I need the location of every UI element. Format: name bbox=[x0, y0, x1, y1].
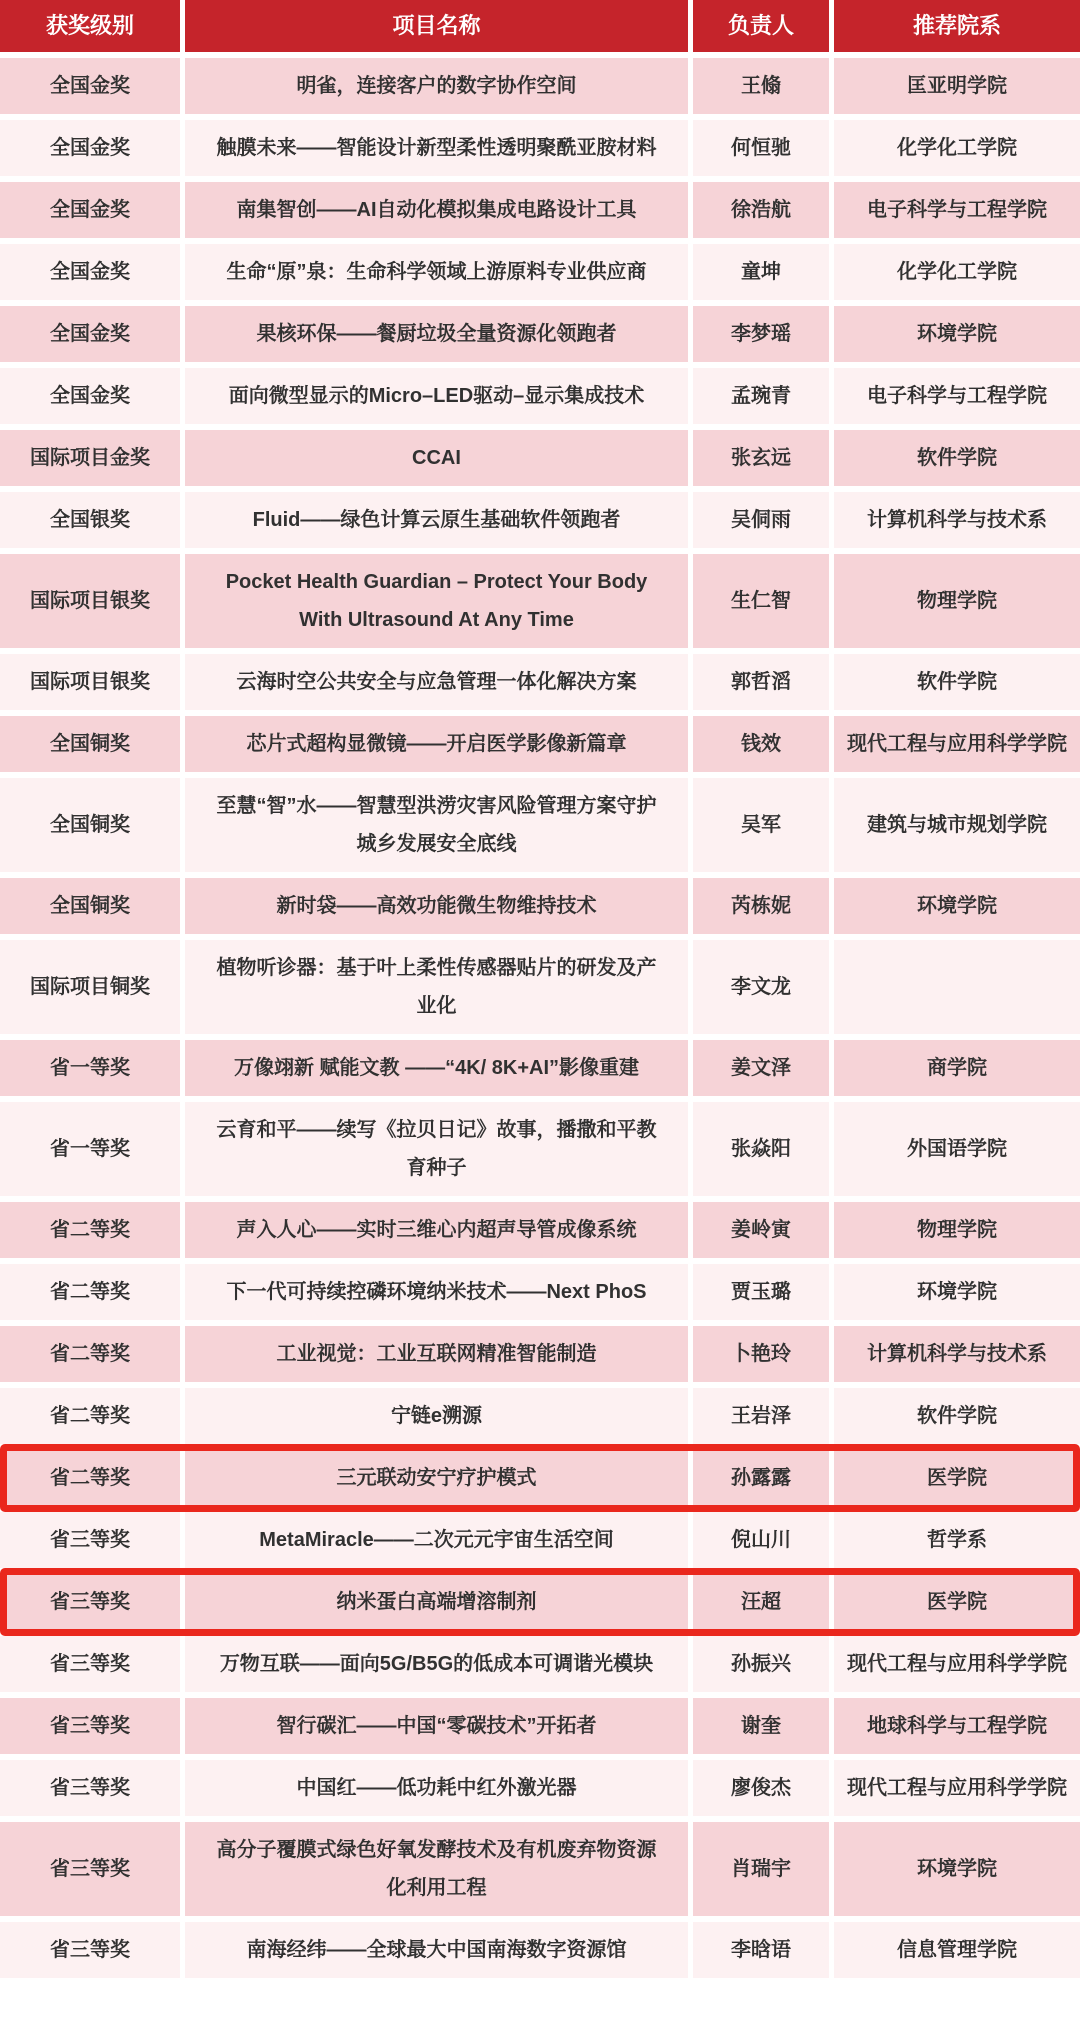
department-cell: 医学院 bbox=[834, 1574, 1080, 1630]
leader-cell: 倪山川 bbox=[693, 1512, 829, 1568]
award-level-cell: 省三等奖 bbox=[0, 1760, 180, 1816]
project-name-cell: 至慧“智”水——智慧型洪涝灾害风险管理方案守护城乡发展安全底线 bbox=[185, 778, 688, 872]
table-row: 省三等奖 中国红——低功耗中红外激光器 廖俊杰 现代工程与应用科学学院 bbox=[0, 1760, 1080, 1816]
project-name-cell: 触膜未来——智能设计新型柔性透明聚酰亚胺材料 bbox=[185, 120, 688, 176]
awards-table: 获奖级别 项目名称 负责人 推荐院系 全国金奖 明雀，连接客户的数字协作空间 王… bbox=[0, 0, 1080, 1992]
table-row: 省二等奖 宁链e溯源 王岩泽 软件学院 bbox=[0, 1388, 1080, 1444]
leader-cell: 王岩泽 bbox=[693, 1388, 829, 1444]
table-row: 全国铜奖 芯片式超构显微镜——开启医学影像新篇章 钱效 现代工程与应用科学学院 bbox=[0, 716, 1080, 772]
table-row: 全国铜奖 新时袋——高效功能微生物维持技术 芮栋妮 环境学院 bbox=[0, 878, 1080, 934]
table-row: 国际项目银奖 云海时空公共安全与应急管理一体化解决方案 郭哲滔 软件学院 bbox=[0, 654, 1080, 710]
project-name-cell: 声入人心——实时三维心内超声导管成像系统 bbox=[185, 1202, 688, 1258]
project-name-cell: Pocket Health Guardian – Protect Your Bo… bbox=[185, 554, 688, 648]
department-cell: 环境学院 bbox=[834, 878, 1080, 934]
award-level-cell: 全国银奖 bbox=[0, 492, 180, 548]
award-level-cell: 国际项目银奖 bbox=[0, 654, 180, 710]
leader-cell: 李文龙 bbox=[693, 940, 829, 1034]
table-body: 全国金奖 明雀，连接客户的数字协作空间 王翛 匡亚明学院 全国金奖 触膜未来——… bbox=[0, 58, 1080, 1978]
project-name-cell: 三元联动安宁疗护模式 bbox=[185, 1450, 688, 1506]
leader-cell: 孟琬青 bbox=[693, 368, 829, 424]
column-header-leader: 负责人 bbox=[693, 0, 829, 52]
department-cell: 现代工程与应用科学学院 bbox=[834, 716, 1080, 772]
table-row: 全国铜奖 至慧“智”水——智慧型洪涝灾害风险管理方案守护城乡发展安全底线 吴军 … bbox=[0, 778, 1080, 872]
leader-cell: 芮栋妮 bbox=[693, 878, 829, 934]
leader-cell: 贾玉璐 bbox=[693, 1264, 829, 1320]
department-cell: 现代工程与应用科学学院 bbox=[834, 1636, 1080, 1692]
project-name-cell: CCAI bbox=[185, 430, 688, 486]
department-cell: 医学院 bbox=[834, 1450, 1080, 1506]
award-level-cell: 全国金奖 bbox=[0, 368, 180, 424]
leader-cell: 李晗语 bbox=[693, 1922, 829, 1978]
award-level-cell: 省二等奖 bbox=[0, 1388, 180, 1444]
leader-cell: 廖俊杰 bbox=[693, 1760, 829, 1816]
award-level-cell: 省三等奖 bbox=[0, 1822, 180, 1916]
department-cell: 化学化工学院 bbox=[834, 120, 1080, 176]
project-name-cell: 南集智创——AI自动化模拟集成电路设计工具 bbox=[185, 182, 688, 238]
award-level-cell: 全国金奖 bbox=[0, 58, 180, 114]
department-cell: 物理学院 bbox=[834, 1202, 1080, 1258]
leader-cell: 生仁智 bbox=[693, 554, 829, 648]
department-cell: 环境学院 bbox=[834, 1264, 1080, 1320]
leader-cell: 钱效 bbox=[693, 716, 829, 772]
project-name-cell: 果核环保——餐厨垃圾全量资源化领跑者 bbox=[185, 306, 688, 362]
project-name-cell: 生命“原”泉：生命科学领域上游原料专业供应商 bbox=[185, 244, 688, 300]
leader-cell: 郭哲滔 bbox=[693, 654, 829, 710]
project-name-cell: 高分子覆膜式绿色好氧发酵技术及有机废弃物资源化利用工程 bbox=[185, 1822, 688, 1916]
table-row: 全国金奖 面向微型显示的Micro–LED驱动–显示集成技术 孟琬青 电子科学与… bbox=[0, 368, 1080, 424]
table-row: 省二等奖 下一代可持续控磷环境纳米技术——Next PhoS 贾玉璐 环境学院 bbox=[0, 1264, 1080, 1320]
project-name-cell: 万物互联——面向5G/B5G的低成本可调谐光模块 bbox=[185, 1636, 688, 1692]
department-cell: 电子科学与工程学院 bbox=[834, 368, 1080, 424]
table-row: 省一等奖 云育和平——续写《拉贝日记》故事，播撒和平教育种子 张焱阳 外国语学院 bbox=[0, 1102, 1080, 1196]
leader-cell: 童坤 bbox=[693, 244, 829, 300]
department-cell: 信息管理学院 bbox=[834, 1922, 1080, 1978]
leader-cell: 何恒驰 bbox=[693, 120, 829, 176]
project-name-cell: 纳米蛋白高端增溶制剂 bbox=[185, 1574, 688, 1630]
project-name-cell: 工业视觉：工业互联网精准智能制造 bbox=[185, 1326, 688, 1382]
leader-cell: 孙露露 bbox=[693, 1450, 829, 1506]
column-header-project-name: 项目名称 bbox=[185, 0, 688, 52]
award-level-cell: 省三等奖 bbox=[0, 1574, 180, 1630]
award-level-cell: 国际项目金奖 bbox=[0, 430, 180, 486]
leader-cell: 徐浩航 bbox=[693, 182, 829, 238]
leader-cell: 吴军 bbox=[693, 778, 829, 872]
department-cell: 建筑与城市规划学院 bbox=[834, 778, 1080, 872]
table-row: 国际项目金奖 CCAI 张玄远 软件学院 bbox=[0, 430, 1080, 486]
department-cell: 现代工程与应用科学学院 bbox=[834, 1760, 1080, 1816]
award-level-cell: 全国铜奖 bbox=[0, 778, 180, 872]
department-cell: 计算机科学与技术系 bbox=[834, 1326, 1080, 1382]
award-level-cell: 全国铜奖 bbox=[0, 878, 180, 934]
table-row: 全国金奖 南集智创——AI自动化模拟集成电路设计工具 徐浩航 电子科学与工程学院 bbox=[0, 182, 1080, 238]
project-name-cell: 云海时空公共安全与应急管理一体化解决方案 bbox=[185, 654, 688, 710]
department-cell: 商学院 bbox=[834, 1040, 1080, 1096]
table-row: 省三等奖 南海经纬——全球最大中国南海数字资源馆 李晗语 信息管理学院 bbox=[0, 1922, 1080, 1978]
leader-cell: 吴侗雨 bbox=[693, 492, 829, 548]
department-cell bbox=[834, 940, 1080, 1034]
award-level-cell: 省三等奖 bbox=[0, 1512, 180, 1568]
department-cell: 环境学院 bbox=[834, 1822, 1080, 1916]
project-name-cell: MetaMiracle——二次元元宇宙生活空间 bbox=[185, 1512, 688, 1568]
project-name-cell: 南海经纬——全球最大中国南海数字资源馆 bbox=[185, 1922, 688, 1978]
table-row: 全国金奖 触膜未来——智能设计新型柔性透明聚酰亚胺材料 何恒驰 化学化工学院 bbox=[0, 120, 1080, 176]
leader-cell: 姜岭寅 bbox=[693, 1202, 829, 1258]
project-name-cell: 植物听诊器：基于叶上柔性传感器贴片的研发及产业化 bbox=[185, 940, 688, 1034]
department-cell: 外国语学院 bbox=[834, 1102, 1080, 1196]
table-row: 省二等奖 三元联动安宁疗护模式 孙露露 医学院 bbox=[0, 1450, 1080, 1506]
award-level-cell: 全国金奖 bbox=[0, 244, 180, 300]
department-cell: 物理学院 bbox=[834, 554, 1080, 648]
table-row: 国际项目银奖 Pocket Health Guardian – Protect … bbox=[0, 554, 1080, 648]
leader-cell: 肖瑞宇 bbox=[693, 1822, 829, 1916]
department-cell: 化学化工学院 bbox=[834, 244, 1080, 300]
table-row: 省一等奖 万像翊新 赋能文教 ——“4K/ 8K+AI”影像重建 姜文泽 商学院 bbox=[0, 1040, 1080, 1096]
table-row: 全国金奖 果核环保——餐厨垃圾全量资源化领跑者 李梦瑶 环境学院 bbox=[0, 306, 1080, 362]
table-row: 省二等奖 工业视觉：工业互联网精准智能制造 卜艳玲 计算机科学与技术系 bbox=[0, 1326, 1080, 1382]
column-header-award-level: 获奖级别 bbox=[0, 0, 180, 52]
table-row: 省三等奖 智行碳汇——中国“零碳技术”开拓者 谢奎 地球科学与工程学院 bbox=[0, 1698, 1080, 1754]
award-level-cell: 省二等奖 bbox=[0, 1450, 180, 1506]
department-cell: 软件学院 bbox=[834, 430, 1080, 486]
award-level-cell: 省二等奖 bbox=[0, 1326, 180, 1382]
leader-cell: 汪超 bbox=[693, 1574, 829, 1630]
leader-cell: 谢奎 bbox=[693, 1698, 829, 1754]
project-name-cell: 下一代可持续控磷环境纳米技术——Next PhoS bbox=[185, 1264, 688, 1320]
leader-cell: 姜文泽 bbox=[693, 1040, 829, 1096]
award-level-cell: 省三等奖 bbox=[0, 1636, 180, 1692]
table-row: 省三等奖 高分子覆膜式绿色好氧发酵技术及有机废弃物资源化利用工程 肖瑞宇 环境学… bbox=[0, 1822, 1080, 1916]
table-header-row: 获奖级别 项目名称 负责人 推荐院系 bbox=[0, 0, 1080, 52]
table-row: 全国金奖 生命“原”泉：生命科学领域上游原料专业供应商 童坤 化学化工学院 bbox=[0, 244, 1080, 300]
department-cell: 环境学院 bbox=[834, 306, 1080, 362]
project-name-cell: Fluid——绿色计算云原生基础软件领跑者 bbox=[185, 492, 688, 548]
department-cell: 匡亚明学院 bbox=[834, 58, 1080, 114]
column-header-department: 推荐院系 bbox=[834, 0, 1080, 52]
table-row: 省三等奖 万物互联——面向5G/B5G的低成本可调谐光模块 孙振兴 现代工程与应… bbox=[0, 1636, 1080, 1692]
leader-cell: 李梦瑶 bbox=[693, 306, 829, 362]
project-name-cell: 中国红——低功耗中红外激光器 bbox=[185, 1760, 688, 1816]
project-name-cell: 万像翊新 赋能文教 ——“4K/ 8K+AI”影像重建 bbox=[185, 1040, 688, 1096]
leader-cell: 卜艳玲 bbox=[693, 1326, 829, 1382]
table-row: 国际项目铜奖 植物听诊器：基于叶上柔性传感器贴片的研发及产业化 李文龙 bbox=[0, 940, 1080, 1034]
award-level-cell: 全国铜奖 bbox=[0, 716, 180, 772]
table-row: 全国金奖 明雀，连接客户的数字协作空间 王翛 匡亚明学院 bbox=[0, 58, 1080, 114]
award-level-cell: 省一等奖 bbox=[0, 1102, 180, 1196]
award-level-cell: 省二等奖 bbox=[0, 1202, 180, 1258]
award-level-cell: 全国金奖 bbox=[0, 306, 180, 362]
project-name-cell: 智行碳汇——中国“零碳技术”开拓者 bbox=[185, 1698, 688, 1754]
award-level-cell: 省二等奖 bbox=[0, 1264, 180, 1320]
project-name-cell: 明雀，连接客户的数字协作空间 bbox=[185, 58, 688, 114]
award-level-cell: 国际项目银奖 bbox=[0, 554, 180, 648]
table-row: 省二等奖 声入人心——实时三维心内超声导管成像系统 姜岭寅 物理学院 bbox=[0, 1202, 1080, 1258]
award-level-cell: 省一等奖 bbox=[0, 1040, 180, 1096]
department-cell: 软件学院 bbox=[834, 654, 1080, 710]
project-name-cell: 宁链e溯源 bbox=[185, 1388, 688, 1444]
project-name-cell: 云育和平——续写《拉贝日记》故事，播撒和平教育种子 bbox=[185, 1102, 688, 1196]
department-cell: 电子科学与工程学院 bbox=[834, 182, 1080, 238]
leader-cell: 张焱阳 bbox=[693, 1102, 829, 1196]
project-name-cell: 芯片式超构显微镜——开启医学影像新篇章 bbox=[185, 716, 688, 772]
leader-cell: 王翛 bbox=[693, 58, 829, 114]
project-name-cell: 新时袋——高效功能微生物维持技术 bbox=[185, 878, 688, 934]
award-level-cell: 省三等奖 bbox=[0, 1698, 180, 1754]
award-level-cell: 国际项目铜奖 bbox=[0, 940, 180, 1034]
leader-cell: 孙振兴 bbox=[693, 1636, 829, 1692]
department-cell: 哲学系 bbox=[834, 1512, 1080, 1568]
department-cell: 计算机科学与技术系 bbox=[834, 492, 1080, 548]
award-level-cell: 全国金奖 bbox=[0, 182, 180, 238]
leader-cell: 张玄远 bbox=[693, 430, 829, 486]
table-row: 省三等奖 MetaMiracle——二次元元宇宙生活空间 倪山川 哲学系 bbox=[0, 1512, 1080, 1568]
department-cell: 地球科学与工程学院 bbox=[834, 1698, 1080, 1754]
award-level-cell: 省三等奖 bbox=[0, 1922, 180, 1978]
table-row: 全国银奖 Fluid——绿色计算云原生基础软件领跑者 吴侗雨 计算机科学与技术系 bbox=[0, 492, 1080, 548]
project-name-cell: 面向微型显示的Micro–LED驱动–显示集成技术 bbox=[185, 368, 688, 424]
table-row: 省三等奖 纳米蛋白高端增溶制剂 汪超 医学院 bbox=[0, 1574, 1080, 1630]
department-cell: 软件学院 bbox=[834, 1388, 1080, 1444]
award-level-cell: 全国金奖 bbox=[0, 120, 180, 176]
